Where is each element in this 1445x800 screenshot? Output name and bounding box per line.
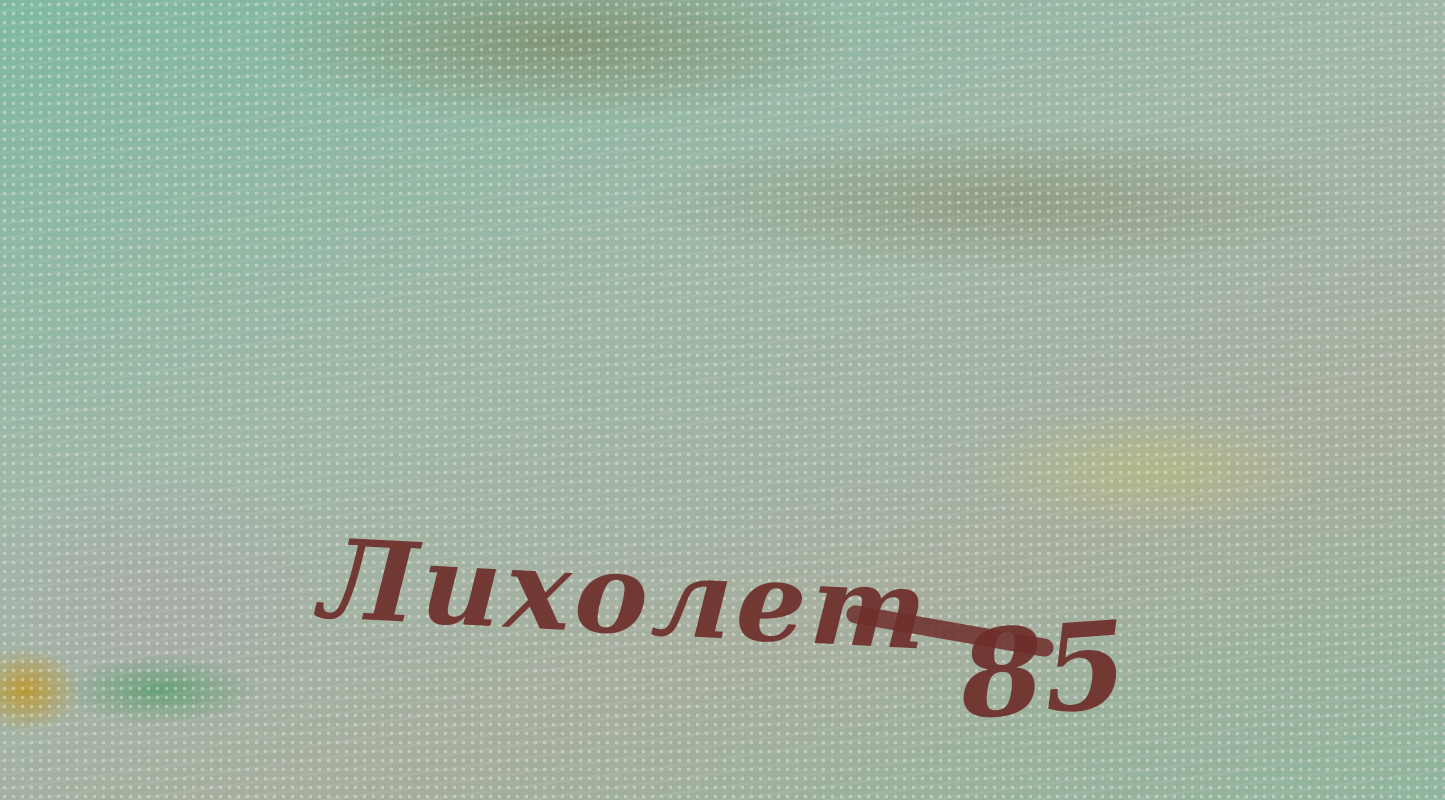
- painting-canvas: Лихолет 85: [0, 0, 1445, 800]
- brushstrokes: [0, 0, 1445, 800]
- signature-year: 85: [955, 594, 1131, 746]
